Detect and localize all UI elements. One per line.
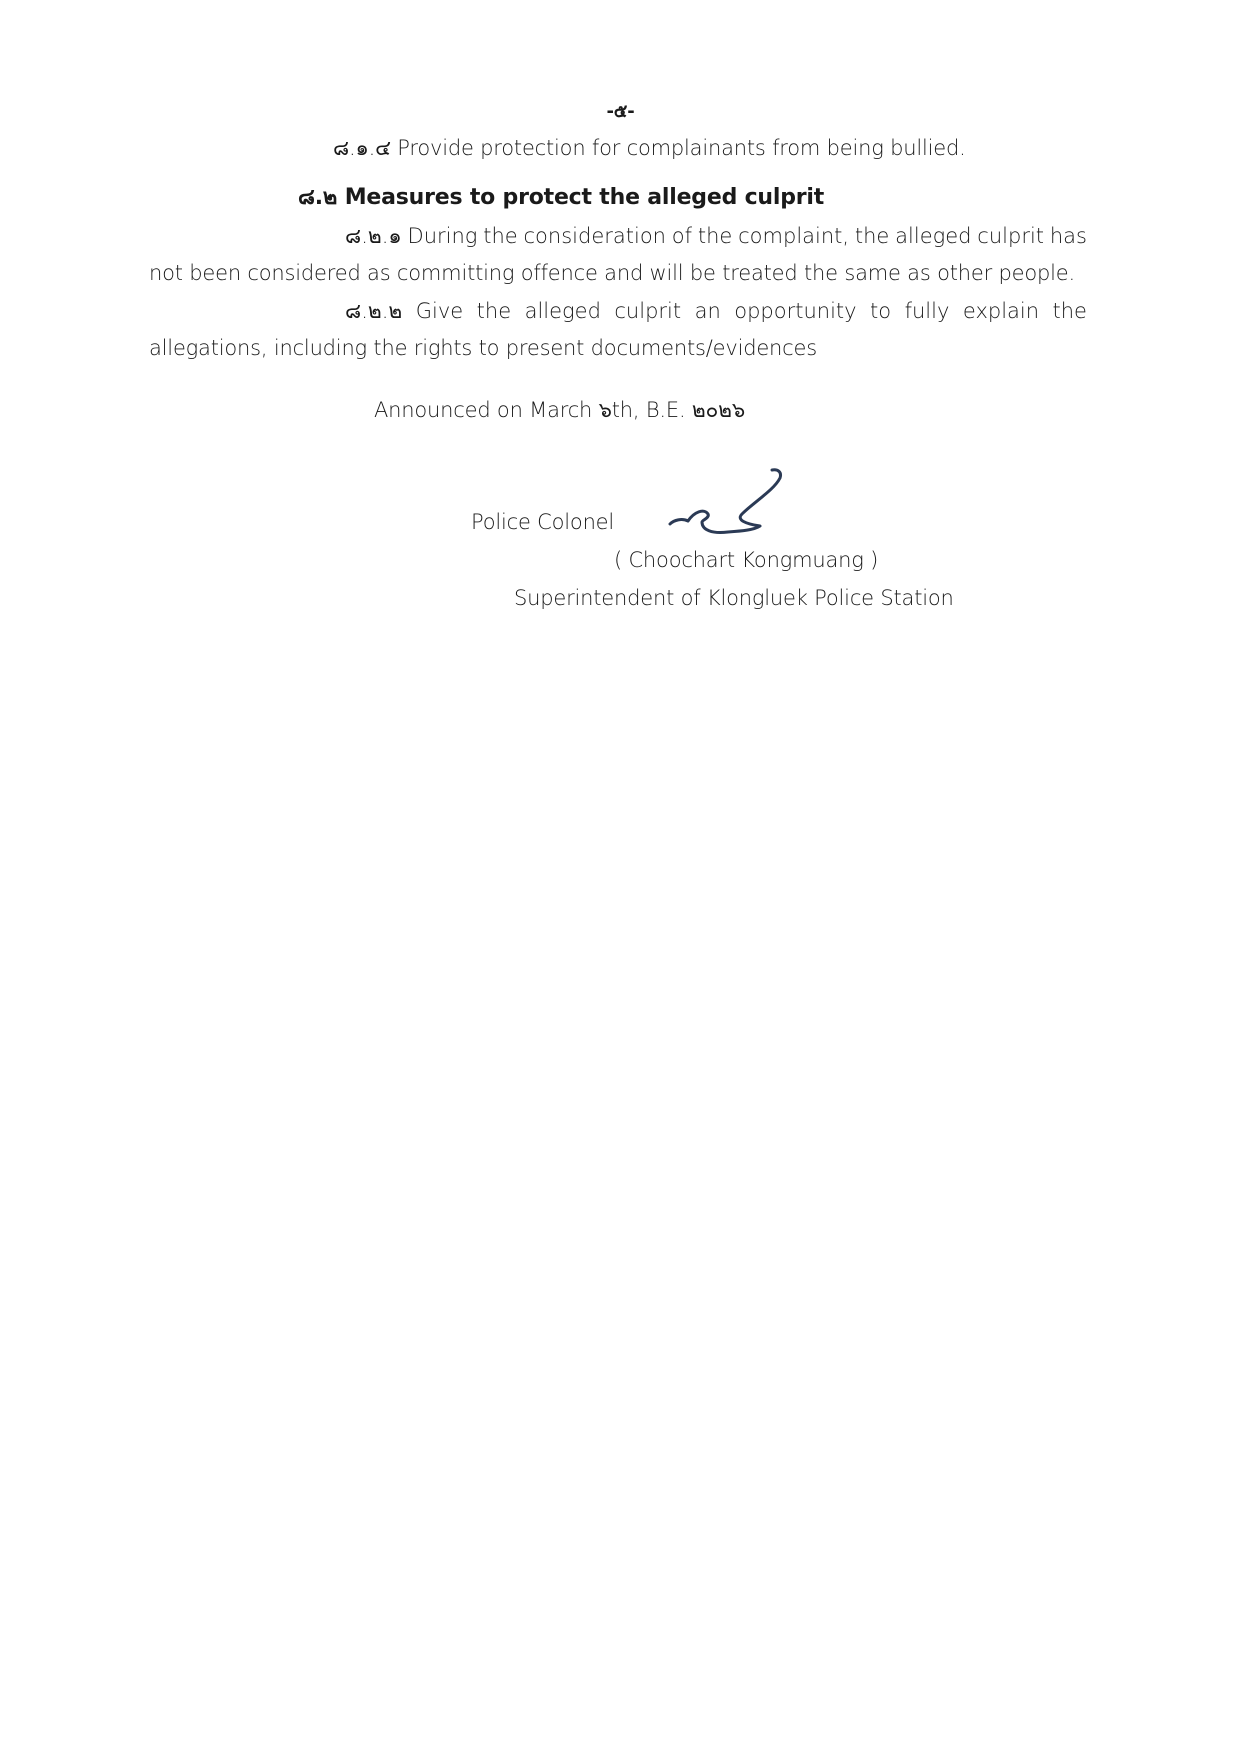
word: ๘.๒.๒ bbox=[345, 297, 402, 325]
item-8-1-4: ๘.๑.๔ Provide protection for complainant… bbox=[333, 134, 966, 162]
word: the bbox=[483, 222, 517, 250]
section-heading-8-2: ๘.๒ Measures to protect the alleged culp… bbox=[298, 184, 824, 212]
word: complaint, bbox=[738, 222, 849, 250]
word: the bbox=[1053, 297, 1087, 325]
word: Give bbox=[416, 297, 463, 325]
word: consideration bbox=[524, 222, 666, 250]
announcement-date: Announced on March ๖th, B.E. ๒๐๒๖ bbox=[374, 396, 745, 424]
word: the bbox=[698, 222, 732, 250]
word: the bbox=[855, 222, 889, 250]
word: has bbox=[1050, 222, 1087, 250]
word: During bbox=[408, 222, 478, 250]
word: fully bbox=[905, 297, 950, 325]
page-number: -๕- bbox=[0, 98, 1241, 126]
word: of bbox=[672, 222, 692, 250]
word: an bbox=[695, 297, 721, 325]
signatory-rank: Police Colonel bbox=[471, 508, 614, 536]
word: opportunity bbox=[734, 297, 856, 325]
signatory-position: Superintendent of Klongluek Police Stati… bbox=[514, 584, 954, 612]
item-8-2-2-line-1: ๘.๒.๒Givetheallegedculpritanopportunityt… bbox=[345, 297, 1087, 325]
word: alleged bbox=[525, 297, 601, 325]
item-8-2-1-line-2: not been considered as committing offenc… bbox=[149, 259, 1075, 287]
item-8-2-2-line-2: allegations, including the rights to pre… bbox=[149, 334, 817, 362]
word: ๘.๒.๑ bbox=[345, 222, 402, 250]
word: explain bbox=[963, 297, 1039, 325]
signature-image bbox=[668, 468, 798, 540]
word: culprit bbox=[614, 297, 681, 325]
word: to bbox=[870, 297, 891, 325]
item-8-2-1-line-1: ๘.๒.๑Duringtheconsiderationofthecomplain… bbox=[345, 222, 1087, 250]
signatory-name: ( Choochart Kongmuang ) bbox=[614, 546, 878, 574]
word: culprit bbox=[977, 222, 1044, 250]
word: alleged bbox=[895, 222, 971, 250]
document-page: -๕- ๘.๑.๔ Provide protection for complai… bbox=[0, 0, 1241, 1755]
word: the bbox=[477, 297, 511, 325]
